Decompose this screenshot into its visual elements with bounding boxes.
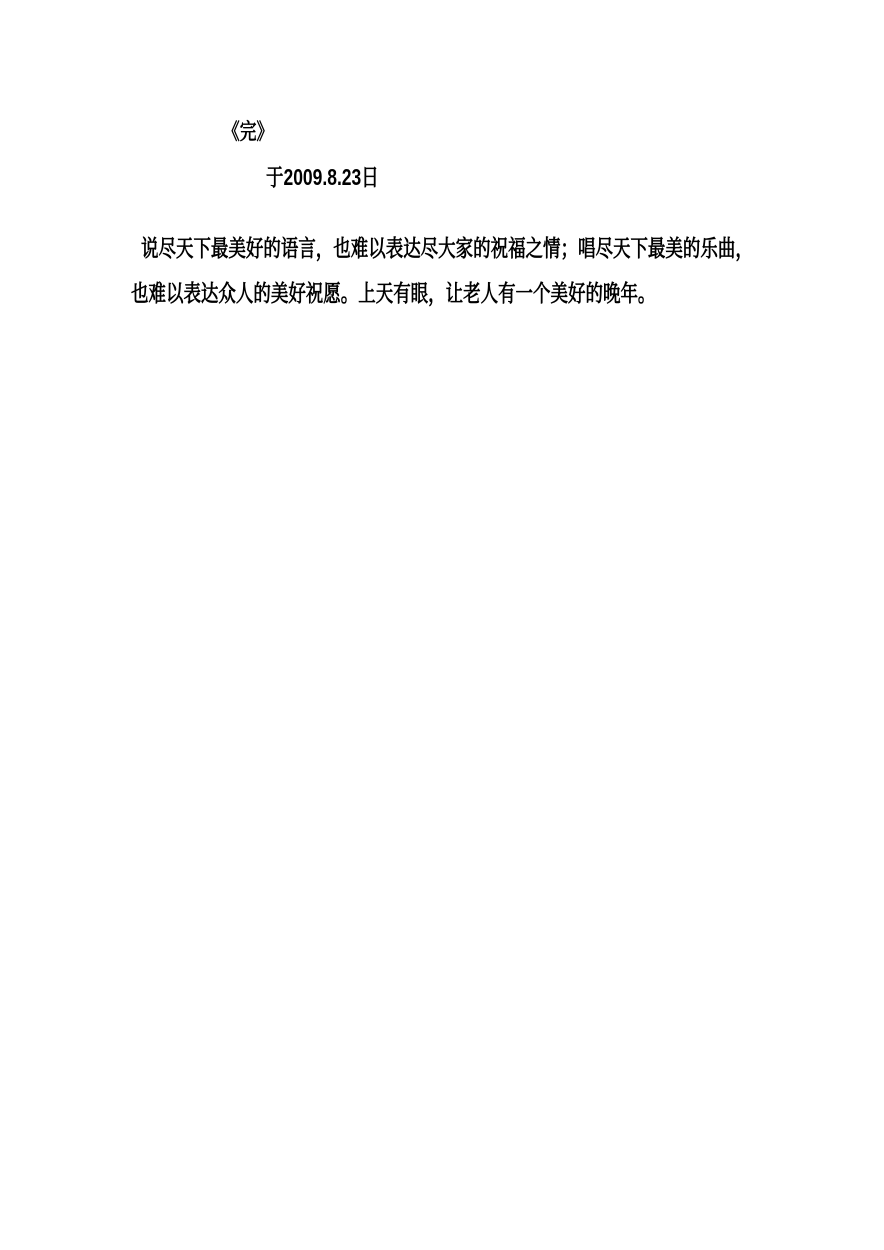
paragraph-line: 说尽天下最美好的语言，也难以表达尽大家的祝福之情；唱尽天下最美的乐曲，	[141, 237, 884, 260]
paragraph-line: 也难以表达众人的美好祝愿。上天有眼，让老人有一个美好的晚年。	[131, 282, 821, 305]
document-page: 《完》 于2009.8.23日 说尽天下最美好的语言，也难以表达尽大家的祝福之情…	[0, 0, 884, 1250]
dateline: 于2009.8.23日	[266, 166, 414, 189]
paragraph-line-text: 说尽天下最美好的语言，也难以表达尽大家的祝福之情；唱尽天下最美的乐曲，	[141, 237, 753, 260]
end-marker-line: 《完》	[223, 121, 289, 143]
dateline-text: 于2009.8.23日	[266, 166, 379, 189]
paragraph-line-text: 也难以表达众人的美好祝愿。上天有眼，让老人有一个美好的晚年。	[131, 282, 655, 305]
end-marker-text: 《完》	[223, 121, 273, 143]
